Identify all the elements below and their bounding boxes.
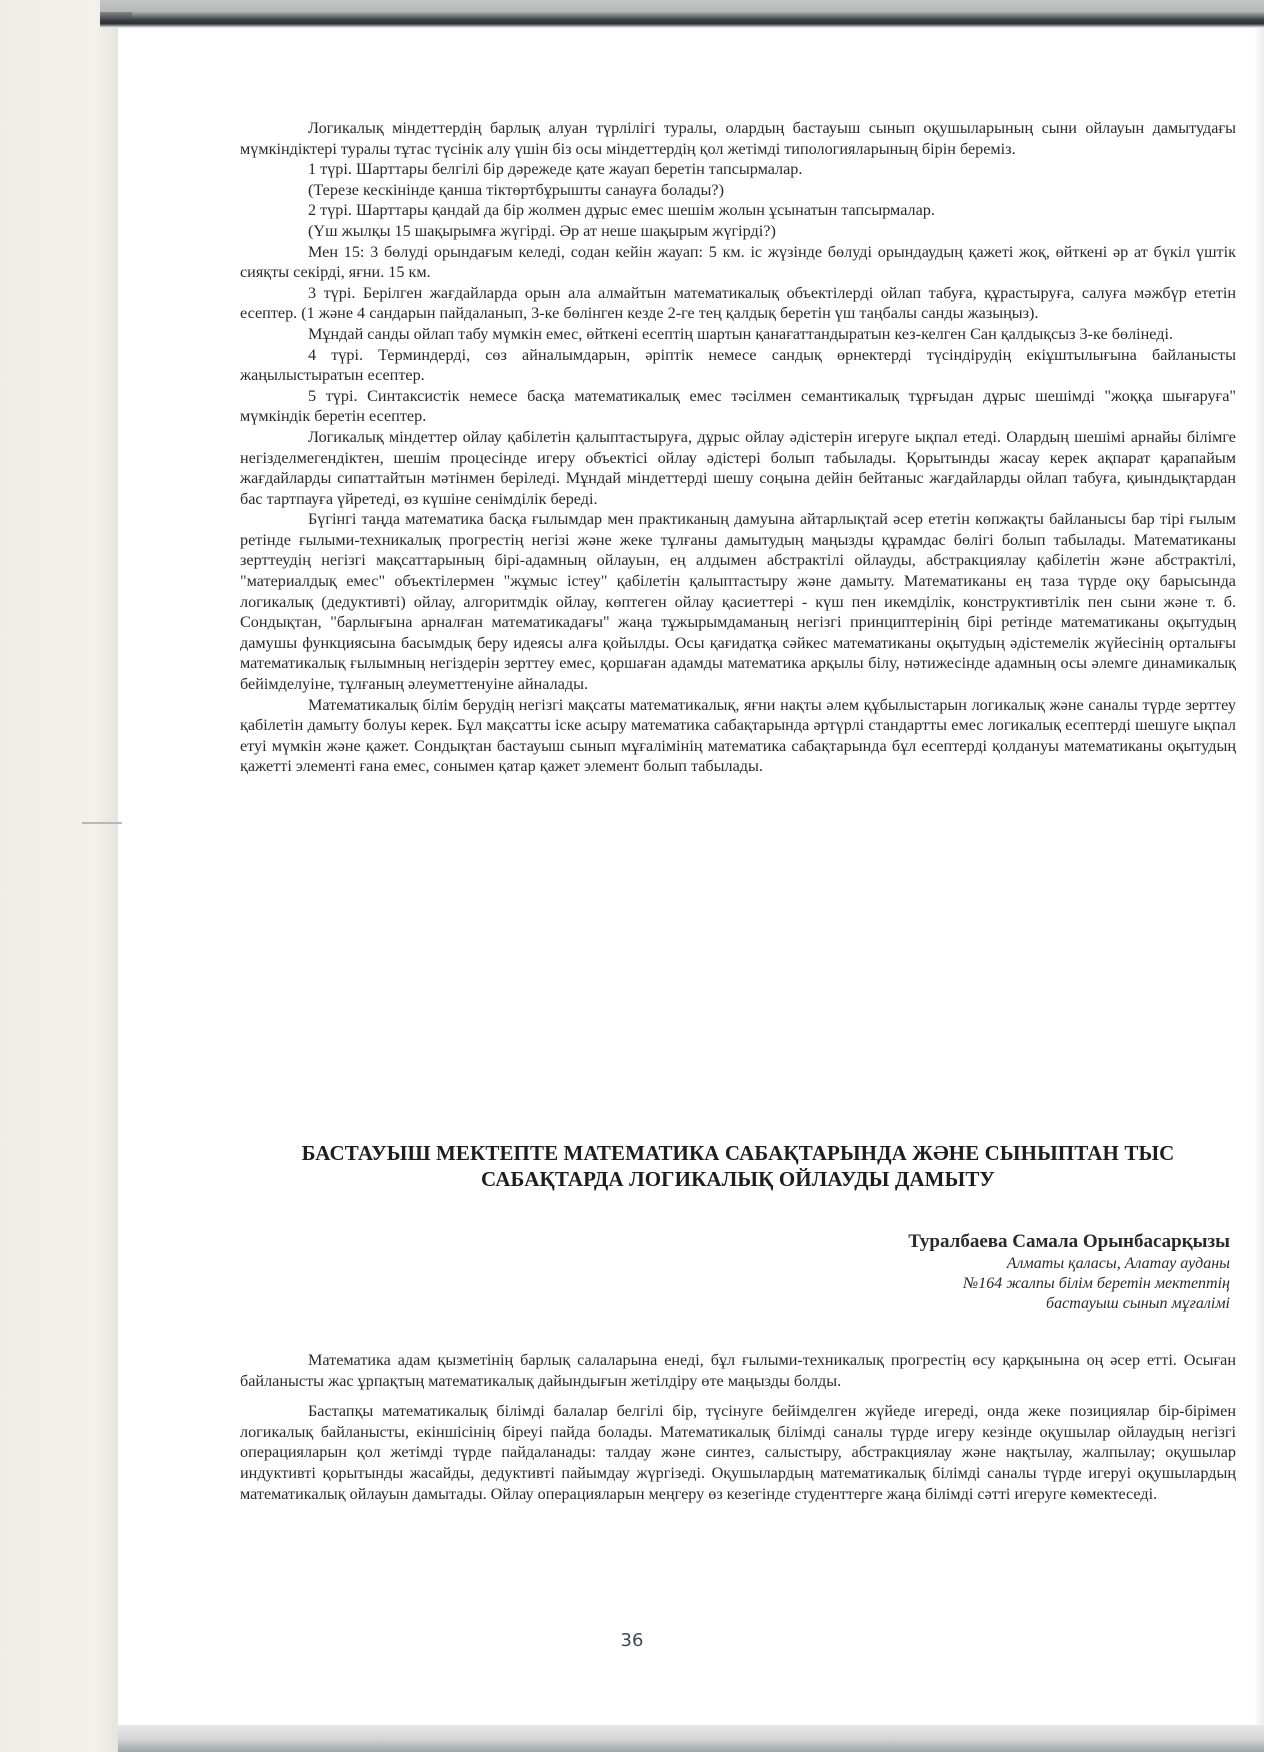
task-type-2-explanation: Мен 15: 3 бөлуді орындағым келеді, содан… (240, 242, 1236, 283)
paragraph: Математикалық білім берудің негізгі мақс… (240, 695, 1236, 777)
author-name: Туралбаева Самала Орынбасарқызы (908, 1230, 1230, 1254)
paragraph: Бастапқы математикалық білімді балалар б… (240, 1401, 1236, 1504)
task-type-1-example: (Терезе кескінінде қанша тіктөртбұрышты … (240, 180, 1236, 201)
article-title: БАСТАУЫШ МЕКТЕПТЕ МАТЕМАТИКА САБАҚТАРЫНД… (240, 1140, 1236, 1192)
task-type-2-example: (Үш жылқы 15 шақырымға жүгірді. Әр ат не… (240, 221, 1236, 242)
task-type-3: 3 түрі. Берілген жағдайларда орын ала ал… (240, 283, 1236, 324)
scan-top-edge-shadow (100, 0, 1264, 28)
margin-mark (82, 822, 122, 824)
paragraph: Логикалық міндеттер ойлау қабілетін қалы… (240, 427, 1236, 509)
author-position: бастауыш сынып мұғалімі (908, 1294, 1230, 1314)
scan-top-edge-corner (100, 12, 132, 22)
previous-article-body: Логикалық міндеттердің барлық алуан түрл… (240, 118, 1236, 777)
task-type-2: 2 түрі. Шарттары қандай да бір жолмен дұ… (240, 200, 1236, 221)
author-affiliation-school: №164 жалпы білім беретін мектептің (908, 1274, 1230, 1294)
scan-bottom-edge-shadow (118, 1725, 1264, 1752)
task-type-4: 4 түрі. Терминдерді, сөз айналымдарын, ә… (240, 345, 1236, 386)
paragraph: Бүгінгі таңда математика басқа ғылымдар … (240, 509, 1236, 694)
task-type-3-explanation: Мұндай санды ойлап табу мүмкін емес, өйт… (240, 324, 1236, 345)
task-type-1: 1 түрі. Шарттары белгілі бір дәрежеде қа… (240, 159, 1236, 180)
scanner-margin-left (0, 0, 118, 1752)
task-type-5: 5 түрі. Синтаксистік немесе басқа матема… (240, 386, 1236, 427)
article-body: Математика адам қызметінің барлық салала… (240, 1350, 1236, 1514)
paragraph: Математика адам қызметінің барлық салала… (240, 1350, 1236, 1391)
author-affiliation-city: Алматы қаласы, Алатау ауданы (908, 1254, 1230, 1274)
paragraph: Логикалық міндеттердің барлық алуан түрл… (240, 118, 1236, 159)
scan-right-edge (1254, 28, 1264, 1728)
author-block: Туралбаева Самала Орынбасарқызы Алматы қ… (908, 1230, 1230, 1314)
page-number: 36 (0, 1630, 1264, 1651)
